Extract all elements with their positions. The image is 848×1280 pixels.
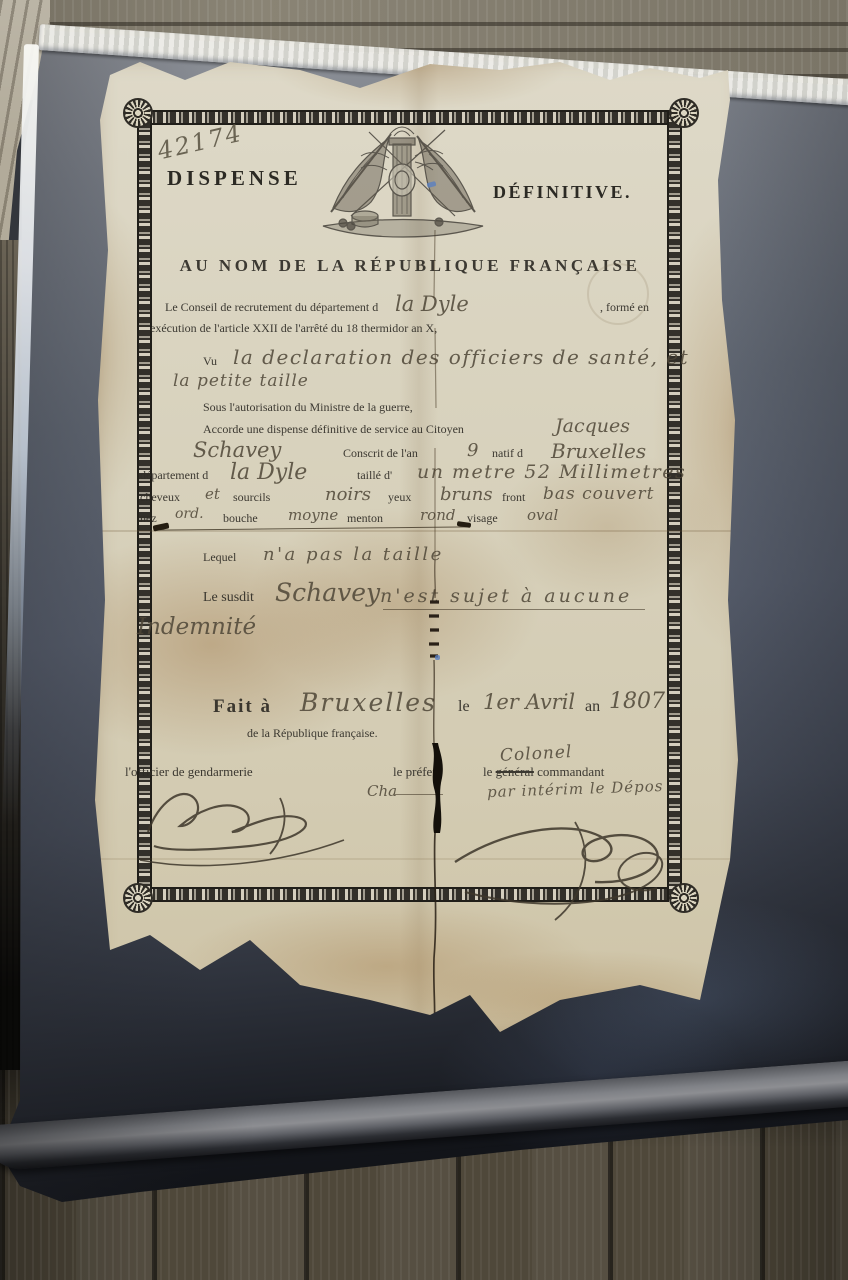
visage-label: visage	[467, 511, 498, 526]
corner-rosette-icon	[669, 98, 699, 128]
blue-speck	[435, 655, 440, 660]
nez-label: nez	[140, 511, 157, 526]
military-trophy-vignette-icon	[293, 118, 513, 246]
conseil-text: Le Conseil de recrutement du département…	[165, 300, 378, 315]
nez-entry: ord.	[175, 506, 204, 522]
paper-tear	[417, 158, 453, 1038]
dept-label: département d	[140, 468, 208, 483]
commandant-label: le général commandant	[483, 764, 604, 780]
susdit-name: Schavey	[275, 578, 380, 607]
execution-text: exécution de l'article XXII de l'arrêté …	[150, 321, 437, 336]
taille-entry: un metre 52 Millimetres	[417, 461, 686, 483]
autorisation-text: Sous l'autorisation du Ministre de la gu…	[203, 400, 413, 415]
lequel-label: Lequel	[203, 550, 236, 565]
conscrit-an: 9	[467, 440, 478, 461]
menton-label: menton	[347, 511, 383, 526]
citoyen-first-name: Jacques	[555, 415, 630, 437]
natif-entry: Bruxelles	[551, 439, 646, 463]
colonel-annotation: Colonel	[500, 742, 573, 766]
vu-entry: la declaration des officiers de santé, e…	[233, 345, 689, 369]
border-frame-right	[667, 110, 682, 902]
visage-entry: oval	[527, 506, 558, 524]
gendarmerie-signature	[130, 768, 360, 878]
republique-text: de la République française.	[247, 726, 378, 741]
natif-label: natif d	[492, 446, 523, 461]
front-label: front	[502, 490, 525, 505]
taille-label: taillé d'	[357, 468, 392, 483]
le-label: le	[458, 698, 470, 716]
corner-rosette-icon	[123, 883, 153, 913]
prefet-signature-text: Cha	[367, 782, 397, 800]
faint-embossed-stamp	[587, 263, 649, 325]
sourcils-label: sourcils	[233, 490, 270, 505]
yeux-label: yeux	[388, 490, 411, 505]
commandant-struck-word: général	[496, 764, 534, 779]
photo-of-document-in-binder: 42174 DISPENSE DÉFINITIVE.	[0, 0, 848, 1280]
conscrit-label: Conscrit de l'an	[343, 446, 418, 461]
front-entry: bas couvert	[543, 484, 654, 504]
title-dispense: DISPENSE	[167, 166, 302, 191]
bouche-label: bouche	[223, 511, 258, 526]
fait-year: 1807	[609, 689, 665, 714]
cheveux-entry: et	[205, 485, 220, 503]
bouche-entry: moyne	[288, 506, 338, 524]
commandant-post: commandant	[537, 764, 604, 779]
document-paper: 42174 DISPENSE DÉFINITIVE.	[95, 58, 743, 1035]
susdit-label: Le susdit	[203, 590, 254, 606]
fait-label: Fait à	[213, 696, 272, 718]
citoyen-last-name: Schavey	[193, 438, 281, 462]
fait-date: 1er Avril	[483, 690, 575, 714]
dept-entry: la Dyle	[230, 460, 307, 485]
commandant-pre: le	[483, 764, 492, 779]
an-label: an	[585, 698, 600, 716]
indemnite-entry: Indemnité	[137, 614, 256, 640]
vu-label: Vu	[203, 354, 217, 369]
cheveux-label: cheveux	[140, 490, 180, 505]
sourcils-entry: noirs	[325, 484, 371, 505]
commandant-signature	[425, 796, 695, 926]
corner-rosette-icon	[123, 98, 153, 128]
title-definitive: DÉFINITIVE.	[493, 182, 632, 203]
serial-number: 42174	[155, 119, 245, 166]
vu-entry-2: la petite taille	[173, 371, 309, 391]
